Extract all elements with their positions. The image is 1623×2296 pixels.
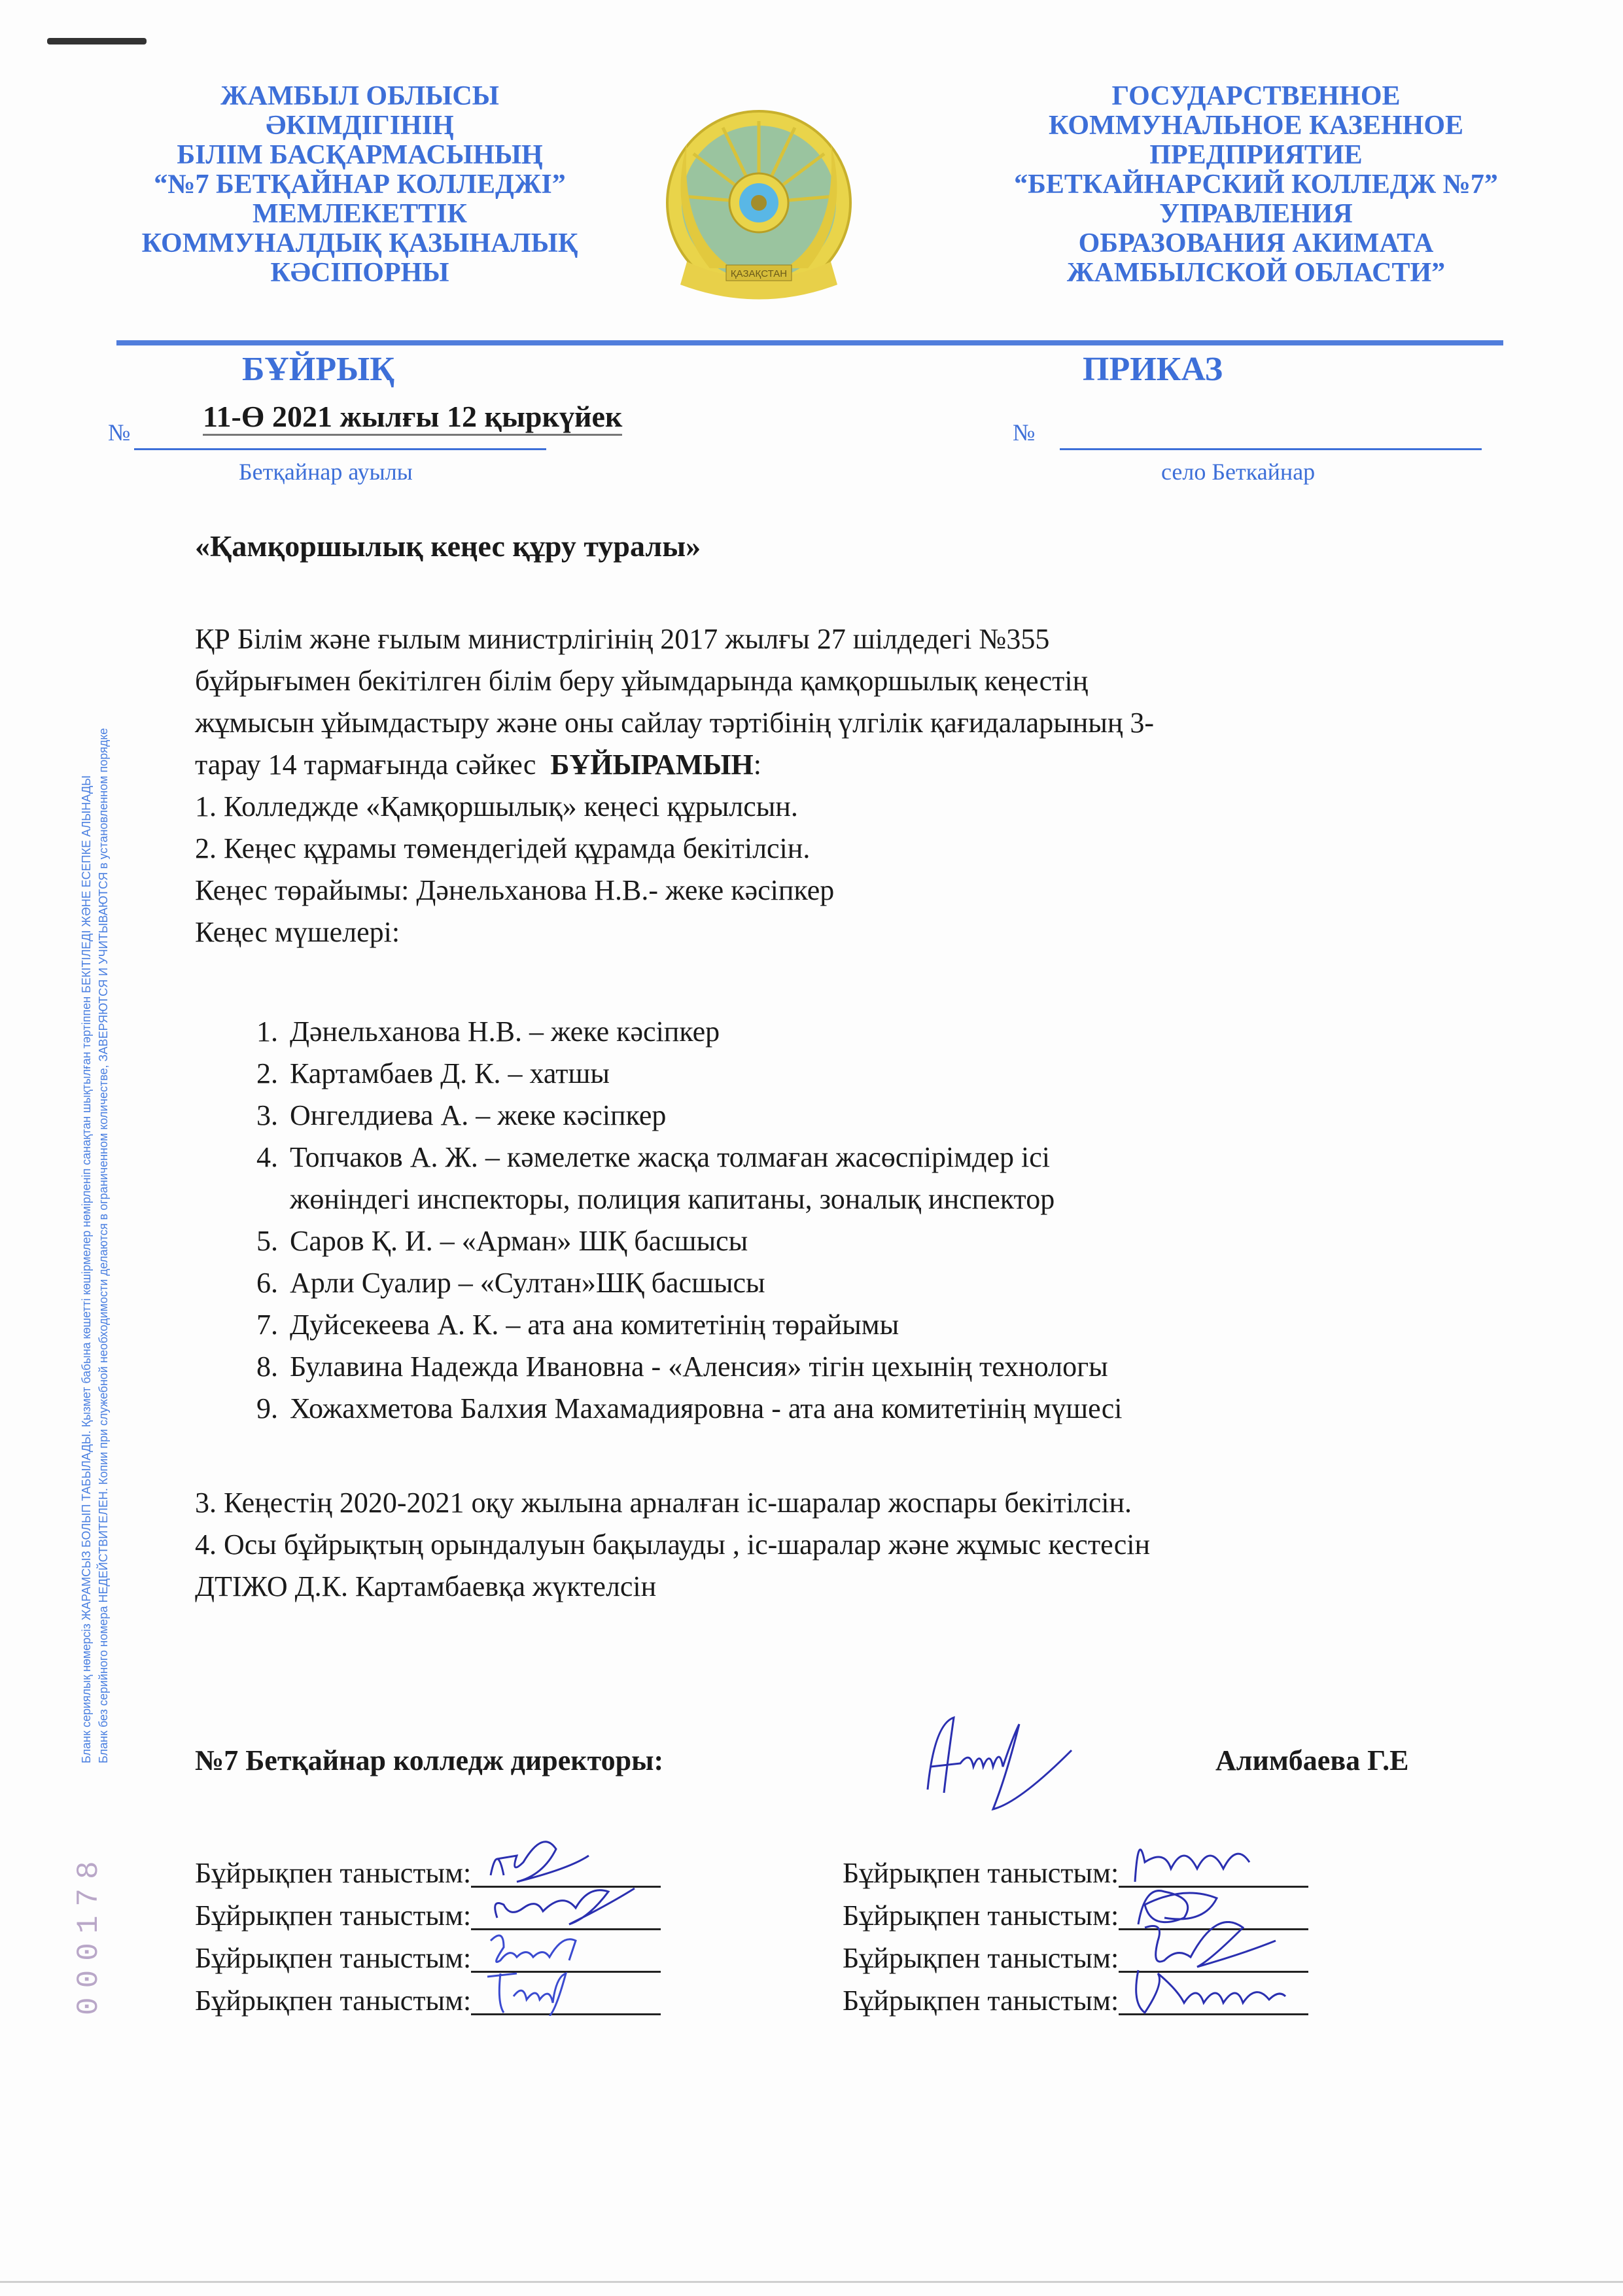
item-index: 9.	[239, 1388, 290, 1430]
ack-label: Бұйрықпен таныстым:	[843, 1979, 1119, 2022]
header-ru-line: ОБРАЗОВАНИЯ АКИМАТА	[994, 229, 1518, 258]
members-list: 1.Дәнельханова Н.В. – жеке кәсіпкер 2.Ка…	[239, 1011, 1482, 1430]
place-ru: село Беткайнар	[1161, 458, 1315, 486]
list-item: 3.Онгелдиева А. – жеке кәсіпкер	[239, 1095, 1482, 1137]
header-ru-line: ПРЕДПРИЯТИЕ	[994, 141, 1518, 170]
order-command: БҰЙЫРАМЫН	[550, 749, 753, 781]
ack-label: Бұйрықпен таныстым:	[843, 1852, 1119, 1894]
scan-mark	[47, 38, 147, 44]
ack-label: Бұйрықпен таныстым:	[843, 1894, 1119, 1937]
number-sign-kz: №	[108, 419, 130, 446]
ack-label: Бұйрықпен таныстым:	[195, 1937, 471, 1979]
director-title: №7 Бетқайнар колледж директоры:	[195, 1744, 663, 1776]
clause-4: 4. Осы бұйрықтың орындалуын бақылауды , …	[195, 1524, 1497, 1566]
item-index: 2.	[239, 1053, 290, 1095]
number-line-ru	[1060, 448, 1482, 450]
item-index: 4.	[239, 1137, 290, 1178]
item-index: 3.	[239, 1095, 290, 1137]
header-kz-line: МЕМЛЕКЕТТІК	[111, 200, 608, 229]
number-line-kz	[134, 448, 546, 450]
acknowledgement-grid: Бұйрықпен таныстым: Бұйрықпен таныстым: …	[195, 1852, 1477, 2022]
clause-4-cont: ДТІЖО Д.К. Картамбаевқа жүктелсін	[195, 1566, 1497, 1608]
list-item: 8.Булавина Надежда Ивановна - «Аленсия» …	[239, 1346, 1482, 1388]
order-title-ru: ПРИКАЗ	[1083, 350, 1223, 389]
list-item: 4.Топчаков А. Ж. – кәмелетке жасқа толма…	[239, 1137, 1482, 1178]
header-ru-line: “БЕТКАЙНАРСКИЙ КОЛЛЕДЖ №7”	[994, 170, 1518, 200]
item-text: Картамбаев Д. К. – хатшы	[290, 1053, 610, 1095]
order-title-kz: БҰЙРЫҚ	[242, 350, 394, 389]
ack-label: Бұйрықпен таныстым:	[843, 1937, 1119, 1979]
list-item: 1.Дәнельханова Н.В. – жеке кәсіпкер	[239, 1011, 1482, 1053]
state-emblem-icon: ҚАЗАҚСТАН	[661, 105, 857, 308]
members-heading: Кеңес мүшелері:	[195, 911, 1497, 953]
item-index: 6.	[239, 1262, 290, 1304]
ack-signature-line	[1119, 1982, 1308, 2015]
item-text: Дәнельханова Н.В. – жеке кәсіпкер	[290, 1011, 720, 1053]
item-index: 7.	[239, 1304, 290, 1346]
preamble-line: бұйрығымен бекітілген білім беру ұйымдар…	[195, 660, 1497, 702]
list-item: 5.Саров Қ. И. – «Арман» ШҚ басшысы	[239, 1220, 1482, 1262]
item-text: Онгелдиева А. – жеке кәсіпкер	[290, 1095, 666, 1137]
list-item: 6.Арли Суалир – «Султан»ШҚ басшысы	[239, 1262, 1482, 1304]
preamble-last-line: тарау 14 тармағында сәйкес БҰЙЫРАМЫН:	[195, 744, 1497, 786]
header-divider	[116, 340, 1503, 345]
preamble-line: жұмысын ұйымдастыру және оны сайлау тәрт…	[195, 702, 1497, 744]
header-ru-line: УПРАВЛЕНИЯ	[994, 200, 1518, 229]
side-note-kz: Бланк сериялық нөмерсіз ЖАРАМСЫЗ БОЛЫП Т…	[80, 775, 94, 1763]
page-edge	[0, 2281, 1623, 2283]
place-kz: Бетқайнар ауылы	[239, 458, 413, 486]
signature-icon	[1125, 1964, 1295, 2016]
signature-icon	[908, 1711, 1078, 1816]
ack-row: Бұйрықпен таныстым: Бұйрықпен таныстым:	[195, 1979, 1477, 2022]
signature-icon	[478, 1964, 648, 2016]
blank-serial-number: 000178	[72, 1852, 106, 2015]
preamble-line: ҚР Білім және ғылым министрлігінің 2017 …	[195, 618, 1497, 660]
item-index: 5.	[239, 1220, 290, 1262]
svg-text:ҚАЗАҚСТАН: ҚАЗАҚСТАН	[731, 268, 787, 279]
clause-3: 3. Кеңестің 2020-2021 оқу жылына арналға…	[195, 1482, 1497, 1524]
header-kz-line: ЖАМБЫЛ ОБЛЫСЫ	[111, 82, 608, 111]
ack-label: Бұйрықпен таныстым:	[195, 1979, 471, 2022]
header-kz-line: БІЛІМ БАСҚАРМАСЫНЫҢ	[111, 141, 608, 170]
command-suffix: :	[754, 749, 761, 781]
ack-cell: Бұйрықпен таныстым:	[195, 1979, 823, 2022]
item-text: Саров Қ. И. – «Арман» ШҚ басшысы	[290, 1220, 748, 1262]
ack-cell: Бұйрықпен таныстым:	[843, 1979, 1471, 2022]
closing-clauses: 3. Кеңестің 2020-2021 оқу жылына арналға…	[195, 1482, 1497, 1608]
order-body: ҚР Білім және ғылым министрлігінің 2017 …	[195, 618, 1497, 953]
blank-side-note: Бланк сериялық нөмерсіз ЖАРАМСЫЗ БОЛЫП Т…	[72, 690, 111, 1763]
item-text: Топчаков А. Ж. – кәмелетке жасқа толмаға…	[290, 1137, 1050, 1178]
header-ru-line: ГОСУДАРСТВЕННОЕ	[994, 82, 1518, 111]
item-text: Арли Суалир – «Султан»ШҚ басшысы	[290, 1262, 765, 1304]
ack-label: Бұйрықпен таныстым:	[195, 1894, 471, 1937]
director-name: Алимбаева Г.Е	[1215, 1744, 1408, 1777]
item-index: 1.	[239, 1011, 290, 1053]
side-note-ru: Бланк без серийного номера НЕДЕЙСТВИТЕЛЕ…	[97, 728, 111, 1763]
header-kz-line: ӘКІМДІГІНІҢ	[111, 111, 608, 141]
header-kz: ЖАМБЫЛ ОБЛЫСЫ ӘКІМДІГІНІҢ БІЛІМ БАСҚАРМА…	[111, 82, 608, 288]
clause-1: 1. Колледжде «Қамқоршылық» кеңесі құрылс…	[195, 786, 1497, 828]
list-item: 9.Хожахметова Балхия Махамадияровна - ат…	[239, 1388, 1482, 1430]
list-item-continuation: жөніндегі инспекторы, полиция капитаны, …	[239, 1178, 1482, 1220]
chairperson: Кеңес төрайымы: Дәнельханова Н.В.- жеке …	[195, 870, 1497, 911]
item-text: Булавина Надежда Ивановна - «Аленсия» ті…	[290, 1346, 1108, 1388]
item-text: Хожахметова Балхия Махамадияровна - ата …	[290, 1388, 1122, 1430]
item-text: Дуйсекеева А. К. – ата ана комитетінің т…	[290, 1304, 899, 1346]
list-item: 2.Картамбаев Д. К. – хатшы	[239, 1053, 1482, 1095]
header-ru-line: КОММУНАЛЬНОЕ КАЗЕННОЕ	[994, 111, 1518, 141]
ack-signature-line	[471, 1982, 661, 2015]
director-signature-block: №7 Бетқайнар колледж директоры: Алимбаев…	[195, 1744, 1477, 1777]
header-ru: ГОСУДАРСТВЕННОЕ КОММУНАЛЬНОЕ КАЗЕННОЕ ПР…	[994, 82, 1518, 288]
order-subject: «Қамқоршылық кеңес құру туралы»	[195, 529, 701, 563]
header-kz-line: КӘСІПОРНЫ	[111, 258, 608, 288]
header-kz-line: “№7 БЕТҚАЙНАР КОЛЛЕДЖІ”	[111, 170, 608, 200]
order-number-date: 11-Ө 2021 жылғы 12 қыркүйек	[203, 399, 622, 436]
header-kz-line: КОММУНАЛДЫҚ ҚАЗЫНАЛЫҚ	[111, 229, 608, 258]
clause-2: 2. Кеңес құрамы төмендегідей құрамда бек…	[195, 828, 1497, 870]
ack-label: Бұйрықпен таныстым:	[195, 1852, 471, 1894]
item-index: 8.	[239, 1346, 290, 1388]
list-item: 7.Дуйсекеева А. К. – ата ана комитетінің…	[239, 1304, 1482, 1346]
header-ru-line: ЖАМБЫЛСКОЙ ОБЛАСТИ”	[994, 258, 1518, 288]
preamble-text: тарау 14 тармағында сәйкес	[195, 749, 536, 781]
number-sign-ru: №	[1013, 419, 1035, 446]
